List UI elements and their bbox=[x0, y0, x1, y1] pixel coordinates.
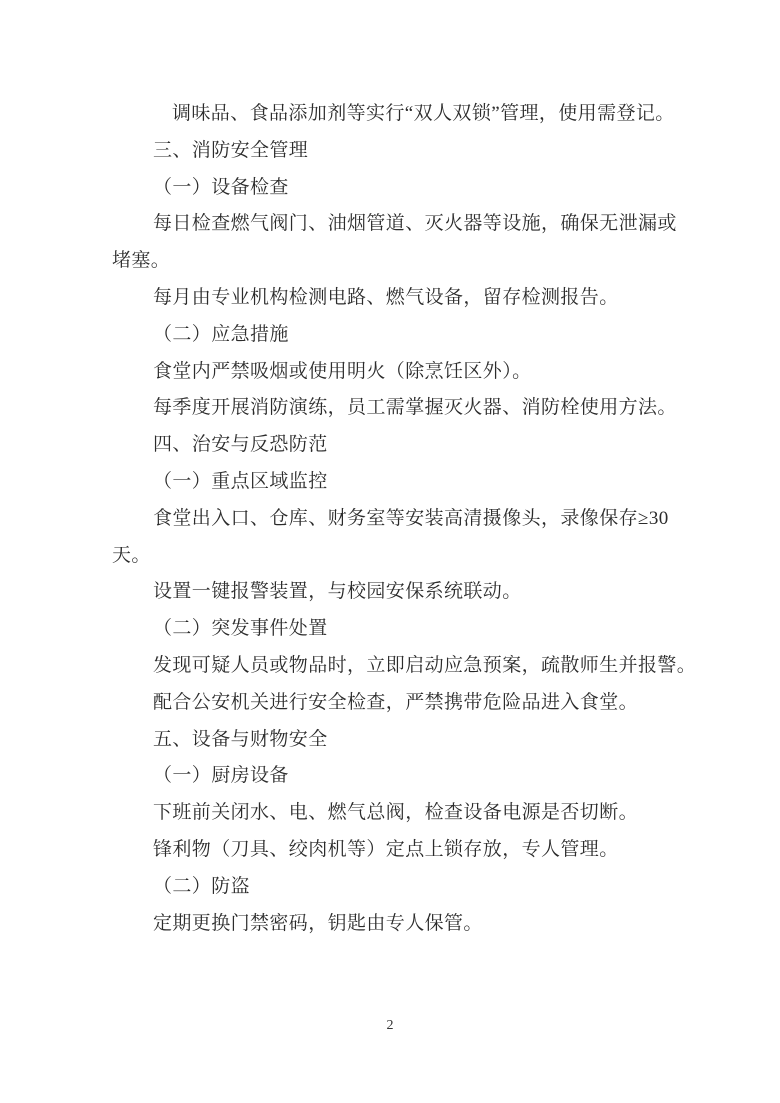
text-line: 三、消防安全管理 bbox=[112, 133, 672, 170]
text-line: （一）厨房设备 bbox=[112, 758, 672, 795]
text-line: 发现可疑人员或物品时，立即启动应急预案，疏散师生并报警。 bbox=[112, 648, 672, 685]
text-line: 天。 bbox=[112, 538, 672, 575]
text-line: 五、设备与财物安全 bbox=[112, 722, 672, 759]
text-line: （二）突发事件处置 bbox=[112, 611, 672, 648]
text-line: （一）重点区域监控 bbox=[112, 464, 672, 501]
text-line: 堵塞。 bbox=[112, 243, 672, 280]
text-line: 下班前关闭水、电、燃气总阀，检查设备电源是否切断。 bbox=[112, 795, 672, 832]
text-line: （一）设备检查 bbox=[112, 170, 672, 207]
text-line: 每季度开展消防演练，员工需掌握灭火器、消防栓使用方法。 bbox=[112, 390, 672, 427]
document-body: 调味品、食品添加剂等实行“双人双锁”管理，使用需登记。三、消防安全管理（一）设备… bbox=[112, 96, 672, 942]
text-line: 四、治安与反恐防范 bbox=[112, 427, 672, 464]
text-line: 每月由专业机构检测电路、燃气设备，留存检测报告。 bbox=[112, 280, 672, 317]
document-page: 调味品、食品添加剂等实行“双人双锁”管理，使用需登记。三、消防安全管理（一）设备… bbox=[0, 0, 780, 1103]
text-line: 调味品、食品添加剂等实行“双人双锁”管理，使用需登记。 bbox=[112, 96, 672, 133]
text-line: 定期更换门禁密码，钥匙由专人保管。 bbox=[112, 906, 672, 943]
text-line: 食堂内严禁吸烟或使用明火（除烹饪区外）。 bbox=[112, 354, 672, 391]
text-line: 锋利物（刀具、绞肉机等）定点上锁存放，专人管理。 bbox=[112, 832, 672, 869]
text-line: 设置一键报警装置，与校园安保系统联动。 bbox=[112, 574, 672, 611]
page-number: 2 bbox=[0, 1016, 780, 1036]
text-line: （二）防盗 bbox=[112, 869, 672, 906]
text-line: （二）应急措施 bbox=[112, 317, 672, 354]
text-line: 每日检查燃气阀门、油烟管道、灭火器等设施，确保无泄漏或 bbox=[112, 206, 672, 243]
text-line: 配合公安机关进行安全检查，严禁携带危险品进入食堂。 bbox=[112, 685, 672, 722]
text-line: 食堂出入口、仓库、财务室等安装高清摄像头，录像保存≥30 bbox=[112, 501, 672, 538]
